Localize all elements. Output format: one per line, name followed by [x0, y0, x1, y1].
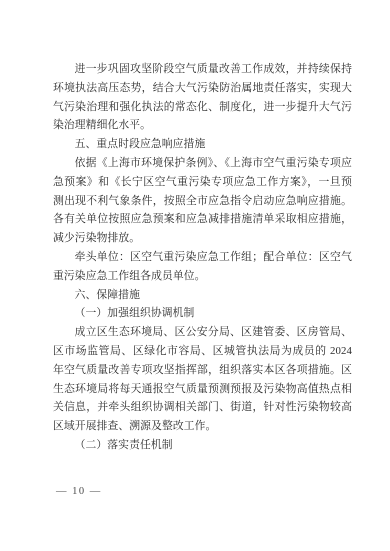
page-number: — 10 — [56, 486, 102, 497]
paragraph-lead-units: 牵头单位：区空气重污染应急工作组；配合单位：区空气重污染应急工作组各成员单位。 [53, 248, 352, 286]
sub-heading-2: （二）落实责任机制 [53, 436, 352, 455]
paragraph-emergency-response: 依据《上海市环境保护条例》、《上海市空气重污染专项应急预案》和《长宁区空气重污染… [53, 154, 352, 248]
paragraph-intro: 进一步巩固攻坚阶段空气质量改善工作成效，并持续保持环境执法高压态势，结合大气污染… [53, 60, 352, 135]
section-heading-6: 六、保障措施 [53, 286, 352, 305]
document-body: 进一步巩固攻坚阶段空气质量改善工作成效，并持续保持环境执法高压态势，结合大气污染… [53, 60, 352, 455]
document-page: 进一步巩固攻坚阶段空气质量改善工作成效，并持续保持环境执法高压态势，结合大气污染… [0, 0, 390, 551]
paragraph-organization-mechanism: 成立区生态环境局、区公安分局、区建管委、区房管局、区市场监管局、区绿化市容局、区… [53, 323, 352, 436]
sub-heading-1: （一）加强组织协调机制 [53, 304, 352, 323]
section-heading-5: 五、重点时段应急响应措施 [53, 135, 352, 154]
